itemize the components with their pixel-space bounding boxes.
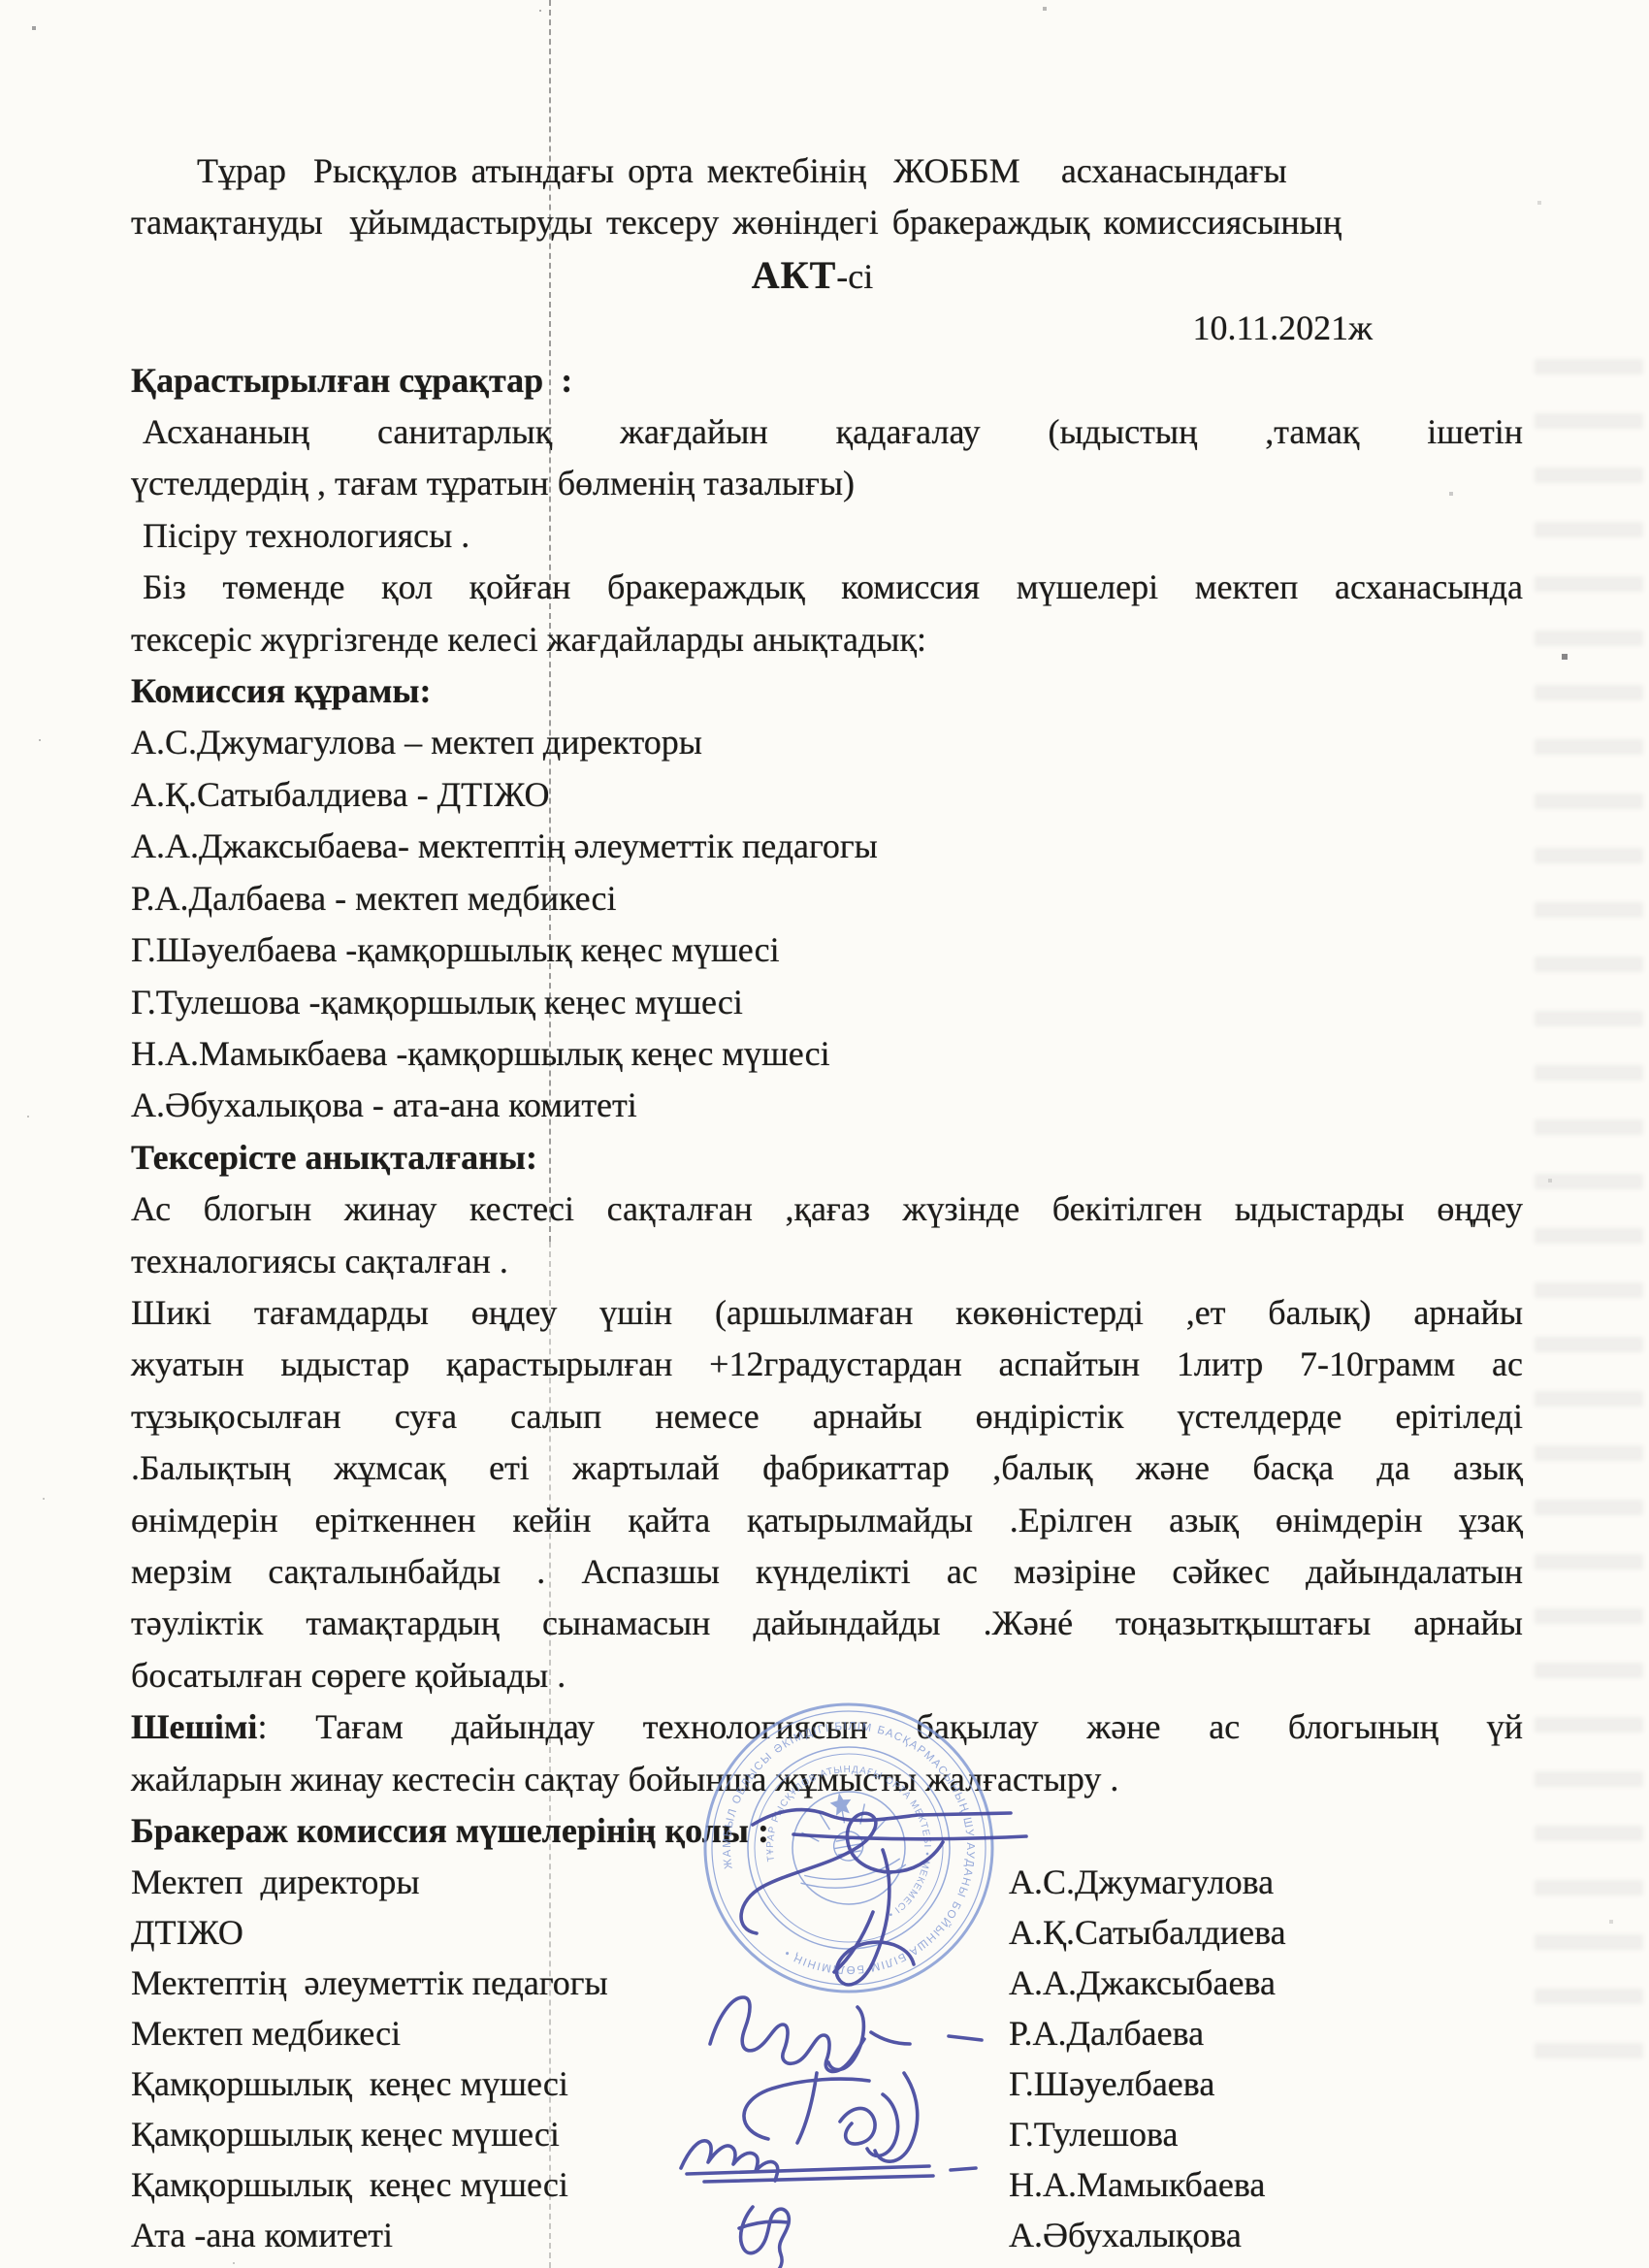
questions-line: Пісіру технологиясы .	[131, 510, 1523, 562]
scanned-document-page: Тұрар Рысқұлов атындағы орта мектебінің …	[0, 0, 1649, 2268]
member-item: Н.А.Мамыкбаева -қамқоршылық кеңес мүшесі	[131, 1028, 1523, 1080]
signature-row: Қамқоршылық кеңес мүшесіГ.Шәуелбаева	[131, 2058, 1523, 2109]
member-item: А.С.Джумагулова – мектеп директоры	[131, 717, 1523, 768]
doc-date: 10.11.2021ж	[131, 303, 1523, 354]
signer-name: А.С.Джумагулова	[1009, 1857, 1274, 1907]
role-label: Қамқоршылық кеңес мүшесі	[131, 2165, 568, 2204]
signer-name: Н.А.Мамыкбаева	[1009, 2159, 1265, 2210]
questions-heading: Қарастырылған сұрақтар :	[131, 355, 1523, 406]
signer-name: Р.А.Далбаева	[1009, 2008, 1204, 2058]
signer-name: Г.Шәуелбаева	[1009, 2058, 1214, 2109]
signature-row: Қамқоршылық кеңес мүшесіН.А.Мамыкбаева	[131, 2159, 1523, 2210]
findings-line: .Балықтың жұмсақ еті жартылай фабрикатта…	[131, 1442, 1523, 1494]
findings-line: өнімдерін еріткеннен кейін қайта қатырыл…	[131, 1495, 1523, 1546]
intro-line: тексеріс жүргізгенде келесі жағдайларды …	[131, 614, 1523, 665]
signer-name: А.А.Джаксыбаева	[1009, 1958, 1276, 2008]
act-word: АКТ	[752, 253, 837, 297]
signer-name: А.Қ.Сатыбалдиева	[1009, 1907, 1286, 1958]
findings-line: босатылған сөреге қойыады .	[131, 1650, 1523, 1701]
doc-title-line-2: тамақтануды ұйымдастыруды тексеру жөнінд…	[131, 197, 1523, 248]
role-label: ДТІЖО	[131, 1913, 243, 1952]
signature-row: Мектеп медбикесіР.А.Далбаева	[131, 2008, 1523, 2058]
role-label: Мектеп директоры	[131, 1863, 420, 1901]
member-item: А.А.Джаксыбаева- мектептің әлеуметтік пе…	[131, 821, 1523, 872]
scan-bleed-artifacts	[1535, 359, 1643, 2066]
document-body: Тұрар Рысқұлов атындағы орта мектебінің …	[131, 146, 1523, 2260]
decision-text: : Тағам дайындау технологиясын бақылау ж…	[257, 1707, 1523, 1746]
findings-line: техналогиясы сақталған .	[131, 1236, 1523, 1287]
findings-line: Ас блогын жинау кестесі сақталған ,қағаз…	[131, 1183, 1523, 1235]
decision-line-2: жайларын жинау кестесін сақтау бойынша ж…	[131, 1754, 1523, 1805]
signature-row: ДТІЖОА.Қ.Сатыбалдиева	[131, 1907, 1523, 1958]
signature-row: Мектеп директорыА.С.Джумагулова	[131, 1857, 1523, 1907]
role-label: Мектептің әлеуметтік педагогы	[131, 1963, 608, 2002]
commission-heading: Комиссия құрамы:	[131, 665, 1523, 717]
decision-label: Шешімі	[131, 1707, 257, 1746]
findings-line: Шикі тағамдарды өңдеу үшін (аршылмаған к…	[131, 1287, 1523, 1339]
findings-line: мерзім сақталынбайды . Аспазшы күнделікт…	[131, 1546, 1523, 1598]
member-item: Р.А.Далбаева - мектеп медбикесі	[131, 873, 1523, 924]
intro-line: Біз төменде қол қойған бракераждық комис…	[131, 562, 1523, 613]
signature-row: Ата -ана комитетіА.Әбухалықова	[131, 2210, 1523, 2260]
signer-name: А.Әбухалықова	[1009, 2210, 1242, 2260]
decision-line-1: Шешімі: Тағам дайындау технологиясын бақ…	[131, 1701, 1523, 1753]
signature-row: Мектептің әлеуметтік педагогыА.А.Джаксыб…	[131, 1958, 1523, 2008]
doc-act-line: АКТ-сі	[131, 249, 1523, 303]
role-label: Ата -ана комитеті	[131, 2216, 393, 2254]
signature-row: Қамқоршылық кеңес мүшесіГ.Тулешова	[131, 2109, 1523, 2159]
role-label: Мектеп медбикесі	[131, 2014, 401, 2053]
questions-line: Асхананың санитарлық жағдайын қадағалау …	[131, 406, 1523, 458]
signatures-heading: Бракераж комиссия мүшелерінің қолы :	[131, 1805, 1523, 1857]
findings-line: жуатын ыдыстар қарастырылған +12градуста…	[131, 1339, 1523, 1390]
findings-heading: Тексерісте анықталғаны:	[131, 1132, 1523, 1183]
signer-name: Г.Тулешова	[1009, 2109, 1179, 2159]
findings-line: тұзықосылған суға салып немесе арнайы өн…	[131, 1391, 1523, 1442]
member-item: А.Қ.Сатыбалдиева - ДТІЖО	[131, 769, 1523, 821]
role-label: Қамқоршылық кеңес мүшесі	[131, 2115, 560, 2154]
role-label: Қамқоршылық кеңес мүшесі	[131, 2064, 568, 2103]
questions-line: үстелдердің , тағам тұратын бөлменің таз…	[131, 458, 1523, 509]
scan-specks	[0, 0, 2, 2]
member-item: Г.Шәуелбаева -қамқоршылық кеңес мүшесі	[131, 924, 1523, 976]
findings-line: тәуліктік тамақтардың сынамасын дайындай…	[131, 1598, 1523, 1649]
doc-title-line-1: Тұрар Рысқұлов атындағы орта мектебінің …	[131, 146, 1523, 197]
member-item: Г.Тулешова -қамқоршылық кеңес мүшесі	[131, 977, 1523, 1028]
act-suffix: -сі	[836, 257, 873, 296]
member-item: А.Әбухалықова - ата-ана комитеті	[131, 1080, 1523, 1131]
